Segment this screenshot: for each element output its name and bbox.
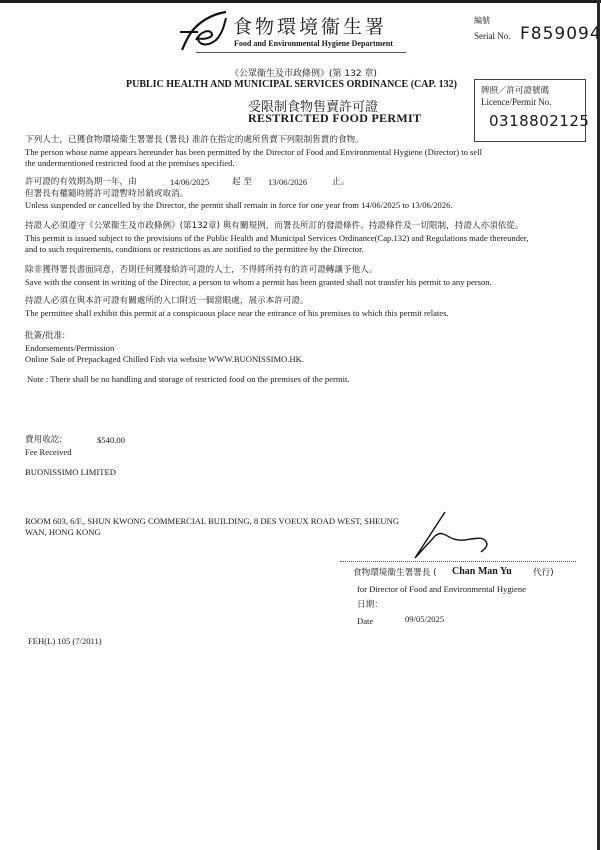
fee-label-en: Fee Received	[25, 447, 72, 458]
transfer-zh: 除非獲得署長書面同意，否則任何獲發給許可證的人士，不得將所持有的許可證轉讓予他人…	[25, 265, 377, 276]
licence-label-zh: 牌照／許可證號碼	[481, 84, 549, 96]
validity-to-date: 13/06/2026	[268, 177, 307, 188]
signature-title-zh-prefix: 食物環境衞生署署長 (	[353, 568, 436, 579]
conditions-en-line1: This permit is issued subject to the pro…	[25, 233, 528, 244]
fehd-logo-icon	[176, 8, 228, 52]
validity-zh-prefix: 許可證的有效期為期一年，由	[25, 177, 137, 188]
signature-title-zh-suffix: 代行)	[533, 568, 554, 579]
scan-top-border	[0, 0, 601, 3]
serial-number: F859094	[520, 24, 601, 44]
validity-zh-suffix: 止。	[332, 177, 349, 188]
validity-from-date: 14/06/2025	[170, 177, 209, 188]
conditions-zh: 持證人必須遵守《公眾衞生及市政條例》(第132章) 與有關規例，而署長所訂的發證…	[25, 221, 524, 232]
permittee-address-line1: ROOM 603, 6/F., SHUN KWONG COMMERCIAL BU…	[25, 516, 399, 527]
transfer-en: Save with the consent in writing of the …	[25, 277, 492, 288]
validity-zh-mid: 起 至	[232, 177, 252, 188]
fee-amount: $540.00	[97, 435, 125, 446]
intro-en-line2: the undermentioned restricted food at th…	[25, 158, 235, 169]
permittee-name: BUONISSIMO LIMITED	[25, 467, 116, 478]
display-zh: 持證人必須在與本許可證有關處所的入口附近一個當眼處，展示本許可證。	[25, 296, 309, 307]
endorsement-note: Note : There shall be no handling and st…	[27, 374, 350, 385]
validity-en: Unless suspended or cancelled by the Dir…	[25, 200, 453, 211]
licence-number: 0318802125	[489, 112, 589, 130]
department-name-zh: 食物環境衞生署	[233, 12, 387, 39]
intro-en-line1: The person whose name appears hereunder …	[25, 147, 482, 158]
endorsement-label-en: Endorsements/Permission	[25, 343, 114, 354]
date-label-zh: 日期：	[357, 600, 383, 611]
conditions-en-line2: and to such requirements, conditions or …	[25, 244, 364, 255]
signature-line	[340, 561, 576, 562]
department-name-en: Food and Environmental Hygiene Departmen…	[234, 39, 393, 48]
licence-number-box: 牌照／許可證號碼 Licence/Permit No. 0318802125	[474, 79, 586, 142]
licence-label-en: Licence/Permit No.	[481, 97, 551, 107]
signatory-name: Chan Man Yu	[452, 566, 512, 577]
display-en: The permittee shall exhibit this permit …	[25, 308, 449, 319]
intro-zh: 下列人士，已獲食物環境衞生署署長 (署長) 准許在指定的處所售賣下列限制售賣的食…	[25, 135, 364, 146]
form-code: FEH(L) 105 (7/2011)	[28, 636, 102, 647]
validity-zh-line2: 但署長有權隨時將許可證暫時吊銷或取消。	[25, 189, 188, 200]
date-label-en: Date	[357, 616, 373, 627]
permit-title-en: RESTRICTED FOOD PERMIT	[248, 111, 421, 126]
serial-label-zh: 編號	[474, 15, 490, 26]
ordinance-zh: 《公眾衞生及市政條例》(第 132 章)	[230, 66, 377, 79]
endorsement-text: Online Sale of Prepackaged Chilled Fish …	[25, 354, 304, 365]
ordinance-en: PUBLIC HEALTH AND MUNICIPAL SERVICES ORD…	[126, 79, 457, 90]
endorsement-label-zh: 批簽/批准:	[25, 331, 65, 342]
serial-label-en: Serial No.	[474, 31, 511, 41]
fee-label-zh: 費用收訖:	[25, 435, 62, 446]
signature-date: 09/05/2025	[405, 614, 444, 625]
permittee-address-line2: WAN, HONG KONG	[25, 527, 101, 538]
scan-right-border	[597, 0, 600, 850]
header-rule	[196, 52, 406, 53]
signature-icon	[405, 510, 525, 560]
signature-title-en: for Director of Food and Environmental H…	[357, 584, 526, 595]
